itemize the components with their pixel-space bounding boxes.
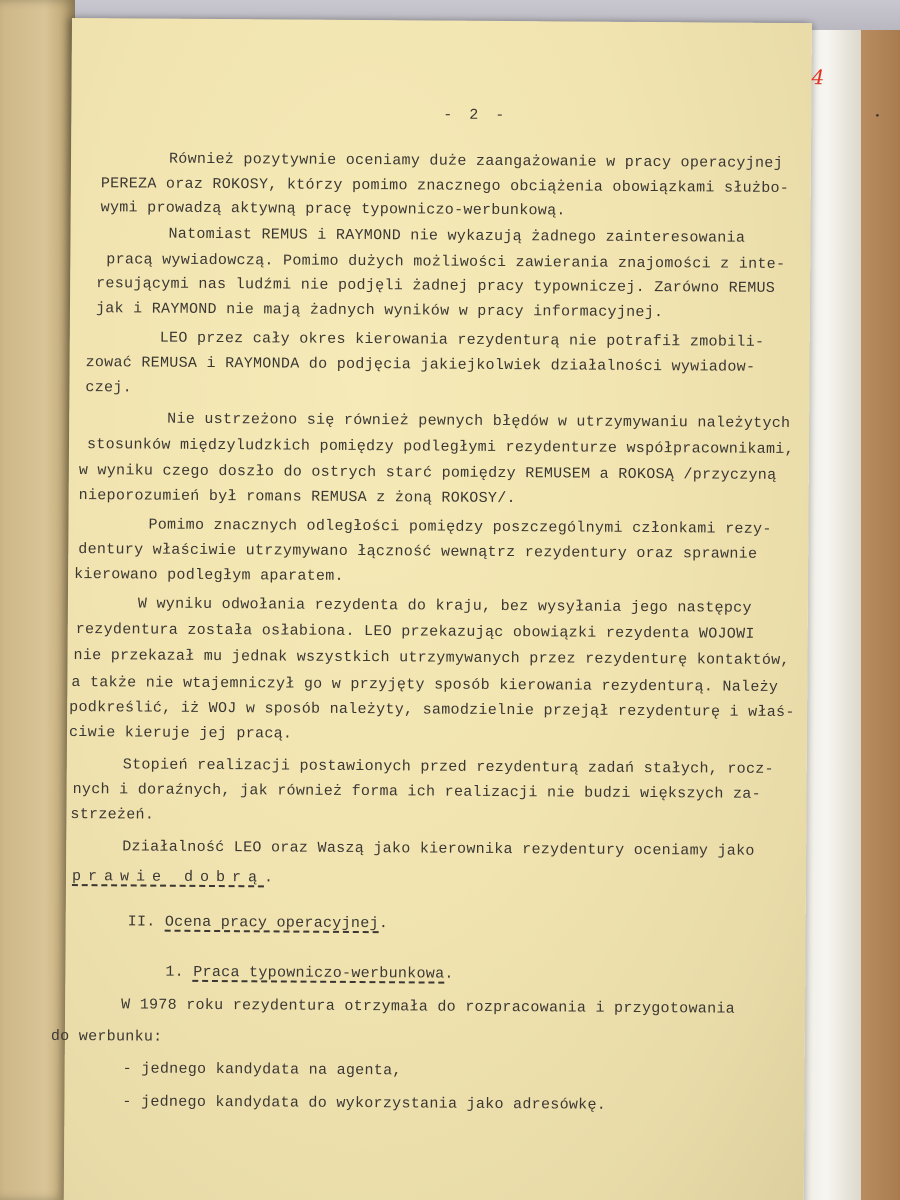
list-item: - jednego kandydata do wykorzystania jak… xyxy=(122,1093,606,1113)
folio-number: 4 xyxy=(812,65,825,89)
paragraph-line: Działalność LEO oraz Waszą jako kierowni… xyxy=(122,838,755,859)
paragraph-line: ciwie kieruje jej pracą. xyxy=(69,724,292,743)
paragraph-line: rezydentura została osłabiona. LEO przek… xyxy=(76,621,755,643)
paragraph-line: nych i doraźnych, jak również forma ich … xyxy=(73,781,761,803)
paragraph-line: dentury właściwie utrzymywano łączność w… xyxy=(78,541,757,563)
subsection-title: Praca typowniczo-werbunkowa xyxy=(193,964,444,983)
paragraph-line: zować REMUSA i RAYMONDA do podjęcia jaki… xyxy=(86,354,756,376)
list-item: - jednego kandydata na agenta, xyxy=(123,1060,402,1079)
paragraph-line: nie przekazał mu jednak wszystkich utrzy… xyxy=(73,647,789,669)
paragraph-line: kierowano podległym aparatem. xyxy=(74,566,344,585)
paragraph-line: pracą wywiadowczą. Pomimo dużych możliwo… xyxy=(106,251,785,273)
paragraph-line: jak i RAYMOND nie mają żadnych wyników w… xyxy=(96,300,663,321)
rating-line: prawie dobrą. xyxy=(72,868,273,886)
paragraph-line: PEREZA oraz ROKOSY, którzy pomimo znaczn… xyxy=(101,175,789,197)
paragraph-line: strzeżeń. xyxy=(70,806,154,824)
paragraph-line: do werbunku: xyxy=(51,1028,163,1046)
paragraph-line: Nie ustrzeżono się również pewnych błędó… xyxy=(167,411,790,432)
paragraph-line: nieporozumień był romans REMUSA z żoną R… xyxy=(79,487,516,507)
margin-mark: • xyxy=(874,112,880,123)
paragraph-line: resującymi nas ludźmi nie podjęli żadnej… xyxy=(96,275,775,297)
rating-text: prawie dobrą xyxy=(72,868,264,886)
previous-page-edge xyxy=(0,0,75,1200)
section-heading: II. Ocena pracy operacyjnej. xyxy=(128,913,389,932)
paragraph-line: podkreślić, iż WOJ w sposób należyty, sa… xyxy=(69,699,795,721)
subsection-heading: 1. Praca typowniczo-werbunkowa. xyxy=(165,964,453,983)
paragraph-line: stosunków międzyludzkich pomiędzy podleg… xyxy=(87,436,794,458)
paragraph-line: czej. xyxy=(85,379,132,396)
page-number: - 2 - xyxy=(443,107,508,124)
paragraph-line: a także nie wtajemniczył go w przyjęty s… xyxy=(71,674,778,696)
paragraph-line: LEO przez cały okres kierowania rezydent… xyxy=(160,330,765,351)
section-numeral: II. xyxy=(128,913,156,930)
paragraph-line: Pomimo znacznych odległości pomiędzy pos… xyxy=(148,517,771,538)
paragraph-line: w wyniku czego doszło do ostrych starć p… xyxy=(79,462,777,484)
paragraph-line: Natomiast REMUS i RAYMOND nie wykazują ż… xyxy=(168,226,745,247)
subsection-numeral: 1. xyxy=(165,964,184,981)
paragraph-line: wymi prowadzą aktywną pracę typowniczo-w… xyxy=(101,199,566,219)
paragraph-line: Również pozytywnie oceniamy duże zaangaż… xyxy=(169,151,783,172)
paragraph-line: W wyniku odwołania rezydenta do kraju, b… xyxy=(138,595,752,616)
paragraph-line: Stopień realizacji postawionych przed re… xyxy=(123,756,774,778)
document-page: 4 - 2 - • Również pozytywnie oceniamy du… xyxy=(64,18,812,1200)
section-title: Ocena pracy operacyjnej xyxy=(165,914,379,932)
paragraph-line: W 1978 roku rezydentura otrzymała do roz… xyxy=(121,996,735,1017)
